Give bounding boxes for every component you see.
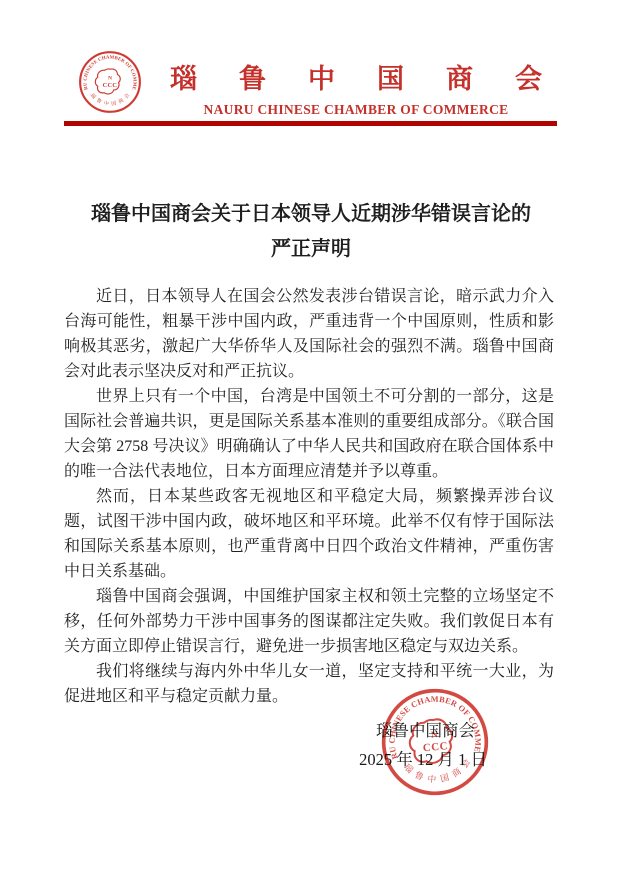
seal-center-ccc: CCC [103,82,118,89]
statement-paragraph-3: 然而，日本某些政客无视地区和平稳定大局，频繁操弄涉台议题，试图干涉中国内政，破坏… [64,484,554,584]
seal-arc-char-cn: 鲁 [95,97,103,106]
stamp-arc-char-cn: 鲁 [413,769,426,784]
statement-paragraph-2: 世界上只有一个中国，台湾是中国领土不可分割的一部分，这是国际社会普遍共识，更是国… [64,384,554,484]
stamp-arc-char-cn: 瑙 [401,761,416,776]
document-title-line2: 严正声明 [65,231,557,266]
statement-page: NAURU CHINESE CHAMBER OF COMMERCE N CCC … [0,0,618,875]
document-title: 瑙鲁中国商会关于日本领导人近期涉华错误言论的 严正声明 [65,196,557,266]
stamp-center-n: N [431,729,439,740]
stamp-arc-char-cn: 会 [458,756,473,770]
org-name-english: NAURU CHINESE CHAMBER OF COMMERCE [160,102,552,118]
stamp-arc-char-cn: 商 [449,765,463,780]
seal-arc-char-cn: 国 [111,100,117,108]
letterhead-rule [64,121,557,126]
chamber-stamp: NAURU CHINESE CHAMBER OF COMMERCE N CCC … [375,682,494,801]
stamp-arc-char-cn: 中 [427,773,437,786]
seal-arc-char-cn: 会 [123,92,132,100]
seal-arc-char-cn: 瑙 [89,92,98,100]
chamber-seal-logo: NAURU CHINESE CHAMBER OF COMMERCE N CCC … [78,50,142,114]
seal-arc-char-cn: 中 [103,100,109,108]
document-title-line1: 瑙鲁中国商会关于日本领导人近期涉华错误言论的 [65,196,557,231]
seal-arc-char-cn: 商 [117,97,125,106]
statement-body: 近日，日本领导人在国会公然发表涉台错误言论，暗示武力介入台海可能性，粗暴干涉中国… [64,284,554,709]
statement-paragraph-1: 近日，日本领导人在国会公然发表涉台错误言论，暗示武力介入台海可能性，粗暴干涉中国… [64,284,554,384]
stamp-center-ccc: CCC [422,740,448,754]
statement-paragraph-4: 瑙鲁中国商会强调，中国维护国家主权和领土完整的立场坚定不移，任何外部势力干涉中国… [64,584,554,659]
stamp-arc-char-cn: 国 [439,772,451,785]
org-name-chinese: 瑙鲁中国商会 [170,66,584,93]
seal-center-n: N [108,75,112,81]
